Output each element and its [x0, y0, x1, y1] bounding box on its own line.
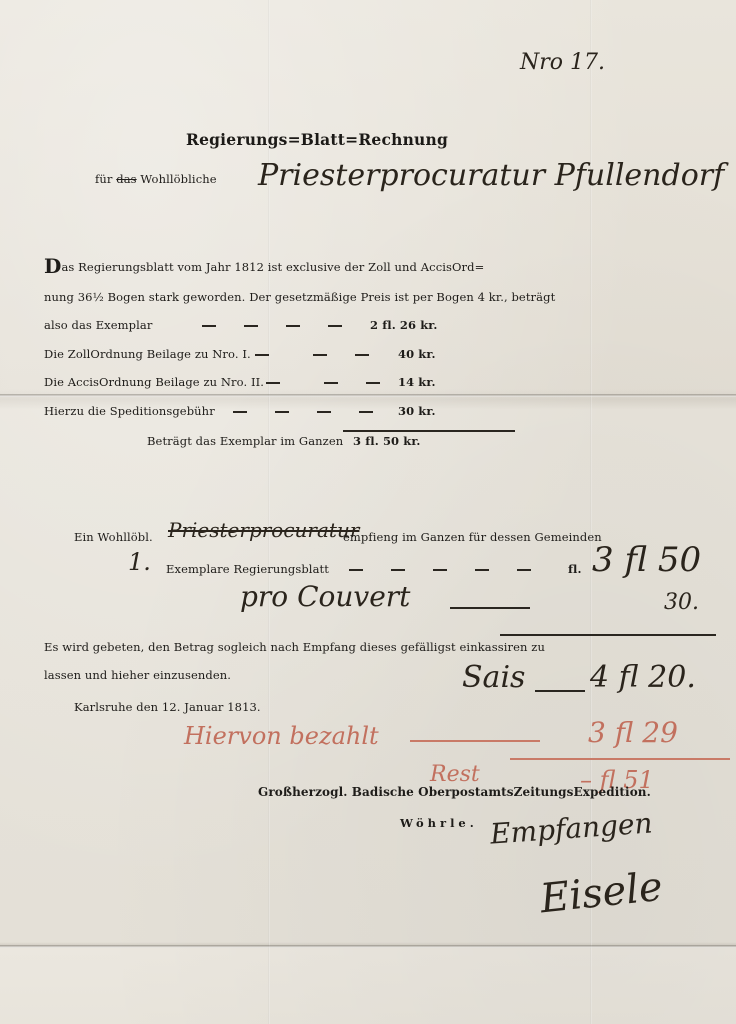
receipt-count: 1.	[128, 548, 151, 576]
date-line: Karlsruhe den 12. Januar 1813.	[74, 700, 261, 714]
item-amount: 30 kr.	[398, 404, 436, 418]
couvert-rule	[450, 607, 530, 609]
red-sum-rule	[510, 758, 730, 760]
recipient-handwritten: Priesterprocuratur Pfullendorf	[258, 158, 724, 193]
total-rule	[343, 430, 515, 432]
sum-label-rule	[535, 690, 585, 692]
fold-line-vertical	[268, 0, 270, 1024]
total-row: Beträgt das Exemplar im Ganzen 3 fl. 50 …	[147, 434, 421, 448]
couvert-handwritten: pro Couvert	[240, 580, 410, 613]
currency-label: fl.	[568, 562, 582, 576]
fold-line-horizontal	[0, 945, 736, 948]
item-amount: 14 kr.	[398, 375, 436, 389]
receipt-count-label: Exemplare Regierungsblatt	[166, 562, 545, 576]
intro-line-2: nung 36½ Bogen stark geworden. Der geset…	[44, 290, 555, 304]
recipient-printed: Wohllöbliche	[140, 172, 216, 186]
intro-amount: 2 fl. 26 kr.	[370, 318, 438, 332]
red-paid-note: Hiervon bezahlt	[184, 722, 379, 750]
request-line-1: Es wird gebeten, den Betrag sogleich nac…	[44, 640, 545, 654]
receipt-amount: 3 fl 50	[592, 540, 701, 580]
receipt-suffix: empfieng im Ganzen für dessen Gemeinden	[343, 530, 602, 544]
red-paid-amount: 3 fl 29	[588, 716, 678, 749]
fold-line-horizontal	[0, 394, 736, 397]
struck-article: das	[116, 172, 136, 186]
sum-rule	[500, 634, 716, 636]
request-line-2: lassen und hieher einzusenden.	[44, 668, 231, 682]
receipt-handwritten-name: Priesterprocuratur	[168, 518, 359, 542]
couvert-amount: 30.	[664, 590, 699, 615]
dropcap: D	[44, 254, 61, 278]
issuer: Großherzogl. Badische OberpostamtsZeitun…	[258, 785, 651, 799]
item-row: Die AccisOrdnung Beilage zu Nro. II.	[44, 375, 394, 389]
recipient-prefix: für	[95, 172, 112, 186]
item-row: Hierzu die Speditionsgebühr	[44, 404, 387, 418]
sum-amount: 4 fl 20.	[590, 660, 696, 695]
receipt-prefix: Ein Wohllöbl.	[74, 530, 153, 544]
clerk-name: Wöhrle.	[400, 816, 478, 830]
sum-label: Sais	[462, 660, 525, 695]
document-number: Nro 17.	[520, 50, 605, 75]
document-title: Regierungs=Blatt=Rechnung	[186, 130, 448, 149]
item-amount: 40 kr.	[398, 347, 436, 361]
item-row: Die ZollOrdnung Beilage zu Nro. I.	[44, 347, 383, 361]
red-rule	[410, 740, 540, 742]
intro-line-1: Das Regierungsblatt vom Jahr 1812 ist ex…	[44, 256, 484, 276]
recipient-line: für das Wohllöbliche	[95, 172, 217, 186]
red-rest-label: Rest	[430, 762, 480, 787]
intro-line-3: also das Exemplar	[44, 318, 356, 332]
